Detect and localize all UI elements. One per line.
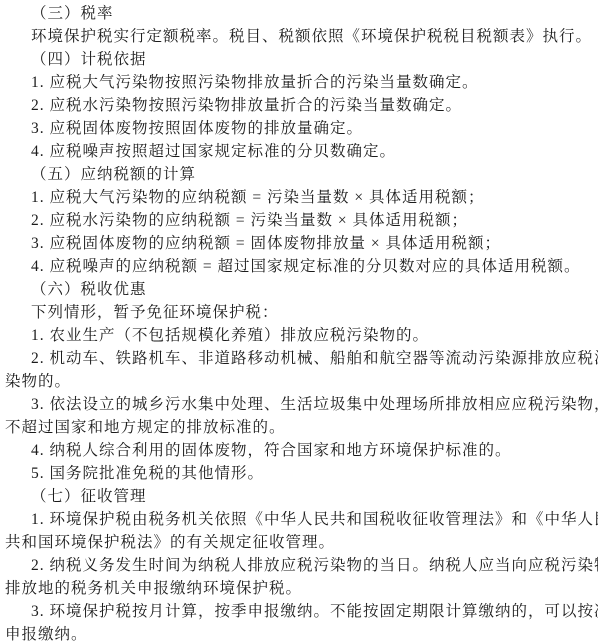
text-line: 4. 纳税人综合利用的固体废物，符合国家和地方环境保护标准的。	[0, 439, 598, 462]
text-line: 2. 应税水污染物的应纳税额 = 污染当量数 × 具体适用税额；	[0, 209, 598, 232]
text-line: 2. 纳税义务发生时间为纳税人排放应税污染物的当日。纳税人应当向应税污染物	[0, 554, 598, 577]
text-line: （四）计税依据	[0, 48, 598, 71]
text-line: 4. 应税噪声按照超过国家规定标准的分贝数确定。	[0, 140, 598, 163]
text-line: 2. 应税水污染物按照污染物排放量折合的污染当量数确定。	[0, 94, 598, 117]
text-line: （五）应纳税额的计算	[0, 163, 598, 186]
text-line: 环境保护税实行定额税率。税目、税额依照《环境保护税税目税额表》执行。	[0, 25, 598, 48]
text-line: 4. 应税噪声的应纳税额 = 超过国家规定标准的分贝数对应的具体适用税额。	[0, 255, 598, 278]
text-line: 1. 环境保护税由税务机关依照《中华人民共和国税收征收管理法》和《中华人民	[0, 508, 598, 531]
text-line: 染物的。	[0, 370, 598, 393]
text-line: 1. 应税大气污染物的应纳税额 = 污染当量数 × 具体适用税额；	[0, 186, 598, 209]
text-line: 3. 依法设立的城乡污水集中处理、生活垃圾集中处理场所排放相应应税污染物，	[0, 393, 598, 416]
text-line: 排放地的税务机关申报缴纳环境保护税。	[0, 577, 598, 600]
text-line: 1. 应税大气污染物按照污染物排放量折合的污染当量数确定。	[0, 71, 598, 94]
text-line: 共和国环境保护税法》的有关规定征收管理。	[0, 531, 598, 554]
text-line: （七）征收管理	[0, 485, 598, 508]
text-line: 3. 环境保护税按月计算，按季申报缴纳。不能按固定期限计算缴纳的，可以按次	[0, 600, 598, 623]
document-page: （三）税率环境保护税实行定额税率。税目、税额依照《环境保护税税目税额表》执行。（…	[0, 0, 598, 644]
text-line: 5. 国务院批准免税的其他情形。	[0, 462, 598, 485]
text-line: 3. 应税固体废物按照固体废物的排放量确定。	[0, 117, 598, 140]
text-line: （三）税率	[0, 2, 598, 25]
text-line: 3. 应税固体废物的应纳税额 = 固体废物排放量 × 具体适用税额；	[0, 232, 598, 255]
text-line: 不超过国家和地方规定的排放标准的。	[0, 416, 598, 439]
text-line: 申报缴纳。	[0, 623, 598, 644]
text-line: 1. 农业生产（不包括规模化养殖）排放应税污染物的。	[0, 324, 598, 347]
text-line: （六）税收优惠	[0, 278, 598, 301]
text-line: 下列情形，暂予免征环境保护税：	[0, 301, 598, 324]
text-line: 2. 机动车、铁路机车、非道路移动机械、船舶和航空器等流动污染源排放应税污	[0, 347, 598, 370]
